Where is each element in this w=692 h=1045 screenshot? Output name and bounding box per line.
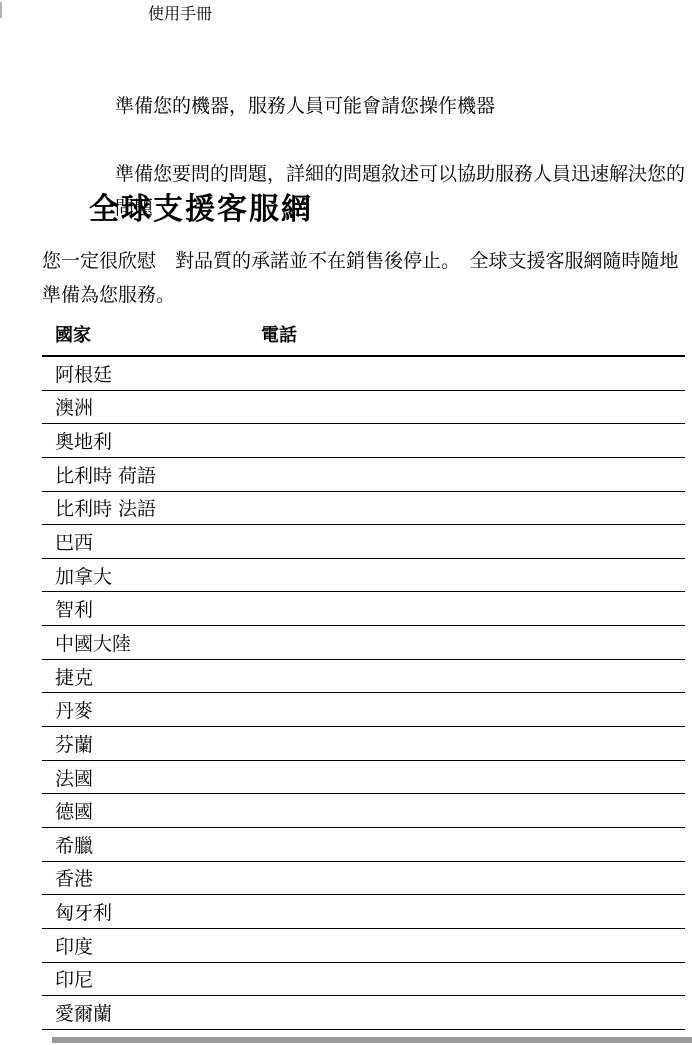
country-cell: 印度 (42, 928, 248, 962)
country-cell: 比利時 法語 (42, 491, 248, 525)
tip-item: 準備您的機器，服務人員可能會請您操作機器 (115, 89, 690, 123)
table-row: 捷克 (42, 659, 685, 693)
country-cell: 阿根廷 (42, 356, 248, 390)
footer-bar (52, 1037, 692, 1043)
phone-cell (248, 592, 685, 626)
manual-page: 使用手冊 準備您的機器，服務人員可能會請您操作機器 準備您要問的問題，詳細的問題… (0, 0, 692, 1045)
phone-cell (248, 390, 685, 424)
table-row: 比利時 法語 (42, 491, 685, 525)
running-header: 使用手冊 (148, 4, 212, 24)
table-row: 印度 (42, 928, 685, 962)
phone-cell (248, 558, 685, 592)
table-row: 澳洲 (42, 390, 685, 424)
table-row: 奧地利 (42, 424, 685, 458)
country-cell: 加拿大 (42, 558, 248, 592)
country-cell: 希臘 (42, 827, 248, 861)
support-hotline-table: 國家 電話 阿根廷澳洲奧地利比利時 荷語比利時 法語巴西加拿大智利中國大陸捷克丹… (42, 315, 685, 1030)
country-table-body: 阿根廷澳洲奧地利比利時 荷語比利時 法語巴西加拿大智利中國大陸捷克丹麥芬蘭法國德… (42, 356, 685, 1029)
table-row: 香港 (42, 861, 685, 895)
country-cell: 中國大陸 (42, 626, 248, 660)
phone-cell (248, 356, 685, 390)
phone-cell (248, 996, 685, 1030)
phone-cell (248, 928, 685, 962)
phone-cell (248, 491, 685, 525)
table-row: 匈牙利 (42, 895, 685, 929)
phone-cell (248, 525, 685, 559)
country-cell: 智利 (42, 592, 248, 626)
phone-cell (248, 794, 685, 828)
table-row: 比利時 荷語 (42, 457, 685, 491)
phone-cell (248, 424, 685, 458)
table-row: 中國大陸 (42, 626, 685, 660)
phone-cell (248, 457, 685, 491)
table-row: 愛爾蘭 (42, 996, 685, 1030)
country-cell: 丹麥 (42, 693, 248, 727)
phone-cell (248, 861, 685, 895)
country-cell: 法國 (42, 760, 248, 794)
phone-cell (248, 962, 685, 996)
phone-cell (248, 727, 685, 761)
phone-cell (248, 895, 685, 929)
table-header-row: 國家 電話 (42, 315, 685, 356)
section-heading: 全球支援客服網 (89, 191, 313, 229)
table-row: 智利 (42, 592, 685, 626)
table-row: 德國 (42, 794, 685, 828)
country-cell: 德國 (42, 794, 248, 828)
table-row: 阿根廷 (42, 356, 685, 390)
table-row: 加拿大 (42, 558, 685, 592)
table-row: 芬蘭 (42, 727, 685, 761)
table-row: 丹麥 (42, 693, 685, 727)
page-corner-tick (0, 2, 2, 18)
country-cell: 捷克 (42, 659, 248, 693)
section-paragraph: 您一定很欣慰 對品質的承諾並不在銷售後停止。 全球支援客服網隨時隨地 準備為您服… (42, 244, 692, 312)
phone-column-header: 電話 (248, 315, 685, 356)
country-cell: 澳洲 (42, 390, 248, 424)
phone-cell (248, 626, 685, 660)
table-row: 巴西 (42, 525, 685, 559)
country-cell: 奧地利 (42, 424, 248, 458)
country-column-header: 國家 (42, 315, 248, 356)
table-row: 法國 (42, 760, 685, 794)
table-row: 希臘 (42, 827, 685, 861)
country-cell: 芬蘭 (42, 727, 248, 761)
phone-cell (248, 659, 685, 693)
phone-cell (248, 827, 685, 861)
country-cell: 巴西 (42, 525, 248, 559)
phone-cell (248, 760, 685, 794)
country-cell: 印尼 (42, 962, 248, 996)
phone-cell (248, 693, 685, 727)
country-cell: 香港 (42, 861, 248, 895)
country-cell: 匈牙利 (42, 895, 248, 929)
country-cell: 愛爾蘭 (42, 996, 248, 1030)
country-cell: 比利時 荷語 (42, 457, 248, 491)
table-row: 印尼 (42, 962, 685, 996)
